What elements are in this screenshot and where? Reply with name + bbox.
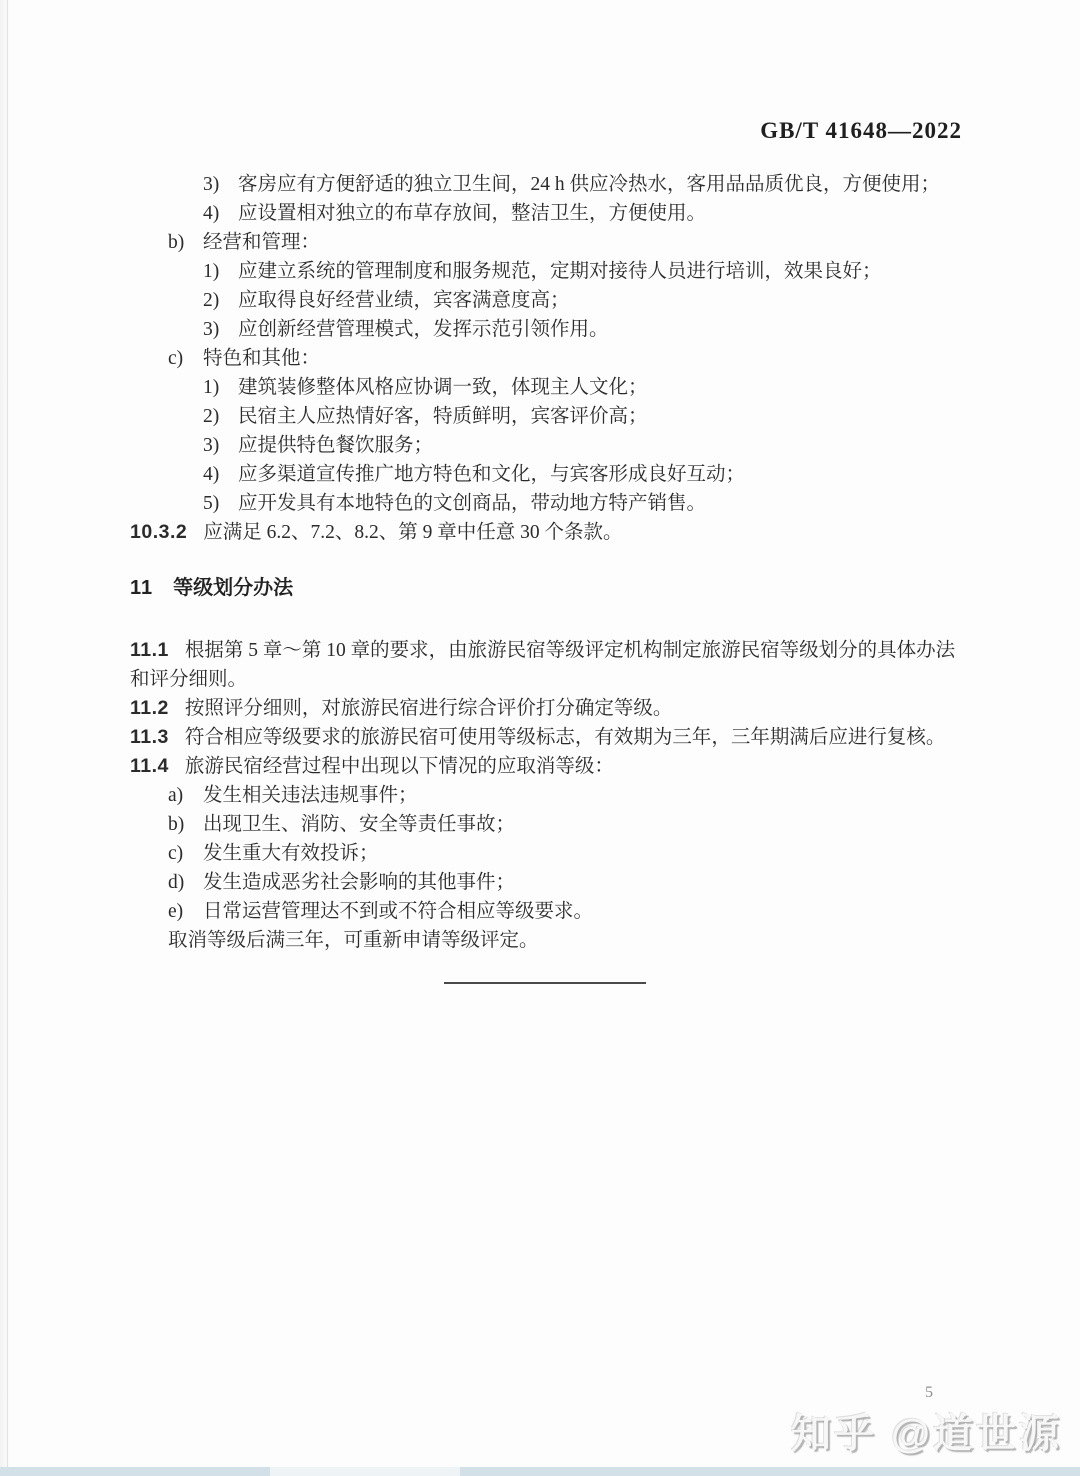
end-of-document-rule xyxy=(444,982,646,984)
list-item: 2)民宿主人应热情好客，特质鲜明，宾客评价高； xyxy=(130,402,960,431)
item-text: 客房应有方便舒适的独立卫生间，24 h 供应冷热水，客用品品质优良，方便使用； xyxy=(238,174,940,195)
list-item: 3)应创新经营管理模式，发挥示范引领作用。 xyxy=(130,315,960,344)
standard-code-header: GB/T 41648—2022 xyxy=(760,118,962,144)
scan-bottom-edge-highlight xyxy=(270,1467,460,1476)
clause-line: 11.2按照评分细则，对旅游民宿进行综合评价打分确定等级。 xyxy=(130,694,960,723)
section-heading: 11等级划分办法 xyxy=(130,577,960,599)
item-label: 5) xyxy=(203,489,223,518)
item-label: a) xyxy=(168,781,188,810)
list-item: 1)建筑装修整体风格应协调一致，体现主人文化； xyxy=(130,373,960,402)
list-item: 3)应提供特色餐饮服务； xyxy=(130,431,960,460)
item-text: 特色和其他： xyxy=(203,348,320,369)
item-text: 发生造成恶劣社会影响的其他事件； xyxy=(203,872,515,893)
item-label: c) xyxy=(168,839,188,868)
list-item: c)特色和其他： xyxy=(130,344,960,373)
clause-text: 符合相应等级要求的旅游民宿可使用等级标志，有效期为三年，三年期满后应进行复核。 xyxy=(185,727,946,748)
zhihu-watermark: 知乎 @道世源 xyxy=(791,1402,1062,1459)
item-text: 发生重大有效投诉； xyxy=(203,843,379,864)
item-label: e) xyxy=(168,897,188,926)
clause-number: 10.3.2 xyxy=(130,521,187,543)
item-label: b) xyxy=(168,228,188,257)
list-item: 1)应建立系统的管理制度和服务规范，定期对接待人员进行培训，效果良好； xyxy=(130,257,960,286)
scanned-page: GB/T 41648—2022 3)客房应有方便舒适的独立卫生间，24 h 供应… xyxy=(0,0,1080,1476)
item-text: 应开发具有本地特色的文创商品，带动地方特产销售。 xyxy=(238,493,706,514)
clause-text: 旅游民宿经营过程中出现以下情况的应取消等级： xyxy=(185,756,614,777)
item-label: 3) xyxy=(203,431,223,460)
item-label: d) xyxy=(168,868,188,897)
list-item: 3)客房应有方便舒适的独立卫生间，24 h 供应冷热水，客用品品质优良，方便使用… xyxy=(130,170,960,199)
list-item: c)发生重大有效投诉； xyxy=(130,839,960,868)
item-label: 1) xyxy=(203,373,223,402)
list-item: d)发生造成恶劣社会影响的其他事件； xyxy=(130,868,960,897)
clause-line: 11.3符合相应等级要求的旅游民宿可使用等级标志，有效期为三年，三年期满后应进行… xyxy=(130,723,960,752)
document-body: 3)客房应有方便舒适的独立卫生间，24 h 供应冷热水，客用品品质优良，方便使用… xyxy=(130,170,960,984)
item-label: 3) xyxy=(203,170,223,199)
clause-text: 根据第 5 章～第 10 章的要求，由旅游民宿等级评定机构制定旅游民宿等级划分的… xyxy=(130,640,955,690)
item-text: 发生相关违法违规事件； xyxy=(203,785,418,806)
scan-bottom-edge xyxy=(0,1467,1080,1476)
list-item: a)发生相关违法违规事件； xyxy=(130,781,960,810)
clause-line: 11.4旅游民宿经营过程中出现以下情况的应取消等级： xyxy=(130,752,960,781)
clause-text: 应满足 6.2、7.2、8.2、第 9 章中任意 30 个条款。 xyxy=(203,522,622,543)
closing-line: 取消等级后满三年，可重新申请等级评定。 xyxy=(130,926,960,955)
section-number: 11 xyxy=(130,577,153,599)
section-title: 等级划分办法 xyxy=(173,577,293,599)
list-item: e)日常运营管理达不到或不符合相应等级要求。 xyxy=(130,897,960,926)
page-edge-shadow xyxy=(7,0,8,1476)
clause-line: 10.3.2应满足 6.2、7.2、8.2、第 9 章中任意 30 个条款。 xyxy=(130,518,960,547)
item-text: 应取得良好经营业绩，宾客满意度高； xyxy=(238,290,570,311)
item-label: 4) xyxy=(203,460,223,489)
item-text: 应设置相对独立的布草存放间，整洁卫生，方便使用。 xyxy=(238,203,706,224)
clause-number: 11.4 xyxy=(130,755,169,777)
item-label: 2) xyxy=(203,286,223,315)
clause-text: 按照评分细则，对旅游民宿进行综合评价打分确定等级。 xyxy=(185,698,673,719)
item-text: 建筑装修整体风格应协调一致，体现主人文化； xyxy=(238,377,648,398)
list-item: 5)应开发具有本地特色的文创商品，带动地方特产销售。 xyxy=(130,489,960,518)
clause-line: 11.1根据第 5 章～第 10 章的要求，由旅游民宿等级评定机构制定旅游民宿等… xyxy=(130,636,960,694)
clause-number: 11.2 xyxy=(130,697,169,719)
item-text: 经营和管理： xyxy=(203,232,320,253)
item-text: 应多渠道宣传推广地方特色和文化，与宾客形成良好互动； xyxy=(238,464,745,485)
item-text: 应建立系统的管理制度和服务规范，定期对接待人员进行培训，效果良好； xyxy=(238,261,882,282)
list-item: 2)应取得良好经营业绩，宾客满意度高； xyxy=(130,286,960,315)
item-label: c) xyxy=(168,344,188,373)
list-item: 4)应设置相对独立的布草存放间，整洁卫生，方便使用。 xyxy=(130,199,960,228)
item-text: 应提供特色餐饮服务； xyxy=(238,435,433,456)
item-label: b) xyxy=(168,810,188,839)
item-text: 民宿主人应热情好客，特质鲜明，宾客评价高； xyxy=(238,406,648,427)
item-label: 3) xyxy=(203,315,223,344)
clause-number: 11.3 xyxy=(130,726,169,748)
item-text: 日常运营管理达不到或不符合相应等级要求。 xyxy=(203,901,593,922)
item-label: 2) xyxy=(203,402,223,431)
list-item: b)经营和管理： xyxy=(130,228,960,257)
item-text: 应创新经营管理模式，发挥示范引领作用。 xyxy=(238,319,609,340)
list-item: b)出现卫生、消防、安全等责任事故； xyxy=(130,810,960,839)
list-item: 4)应多渠道宣传推广地方特色和文化，与宾客形成良好互动； xyxy=(130,460,960,489)
clause-number: 11.1 xyxy=(130,639,169,661)
item-label: 1) xyxy=(203,257,223,286)
item-label: 4) xyxy=(203,199,223,228)
item-text: 出现卫生、消防、安全等责任事故； xyxy=(203,814,515,835)
page-number: 5 xyxy=(925,1384,934,1402)
